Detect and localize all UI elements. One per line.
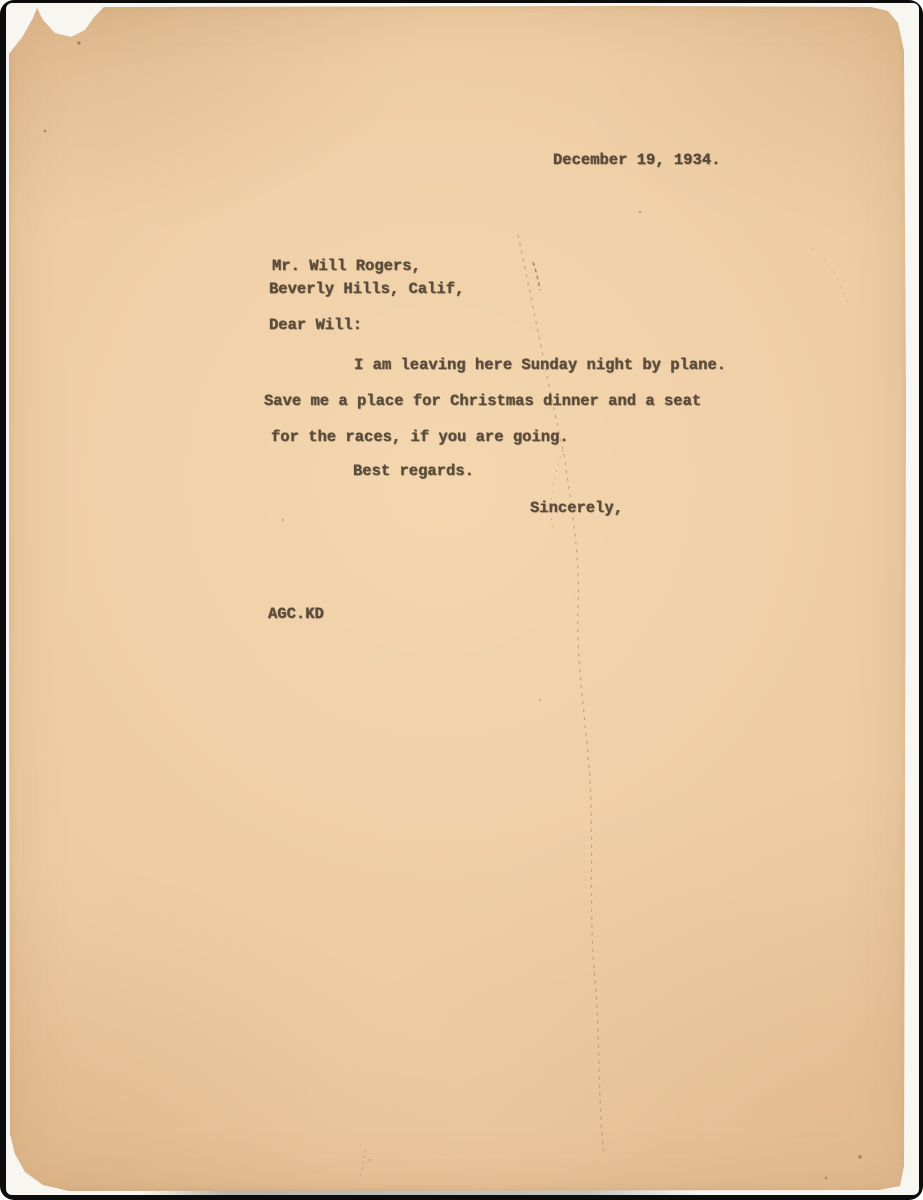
letter-paper: December 19, 1934. Mr. Will Rogers, Beve… [9, 6, 906, 1191]
typist-initials: AGC.KD [268, 606, 324, 623]
closing-signature: Sincerely, [530, 500, 623, 517]
body-line-2: Save me a place for Christmas dinner and… [264, 393, 701, 410]
body-line-1: I am leaving here Sunday night by plane. [354, 357, 726, 374]
regards-line: Best regards. [353, 463, 474, 480]
recipient-address: Beverly Hills, Calif, [269, 281, 464, 298]
scan-frame: December 19, 1934. Mr. Will Rogers, Beve… [0, 0, 923, 1200]
recipient-name: Mr. Will Rogers, [272, 258, 421, 275]
date-line: December 19, 1934. [553, 152, 720, 169]
body-line-3: for the races, if you are going. [271, 429, 569, 446]
salutation: Dear Will: [269, 317, 362, 334]
